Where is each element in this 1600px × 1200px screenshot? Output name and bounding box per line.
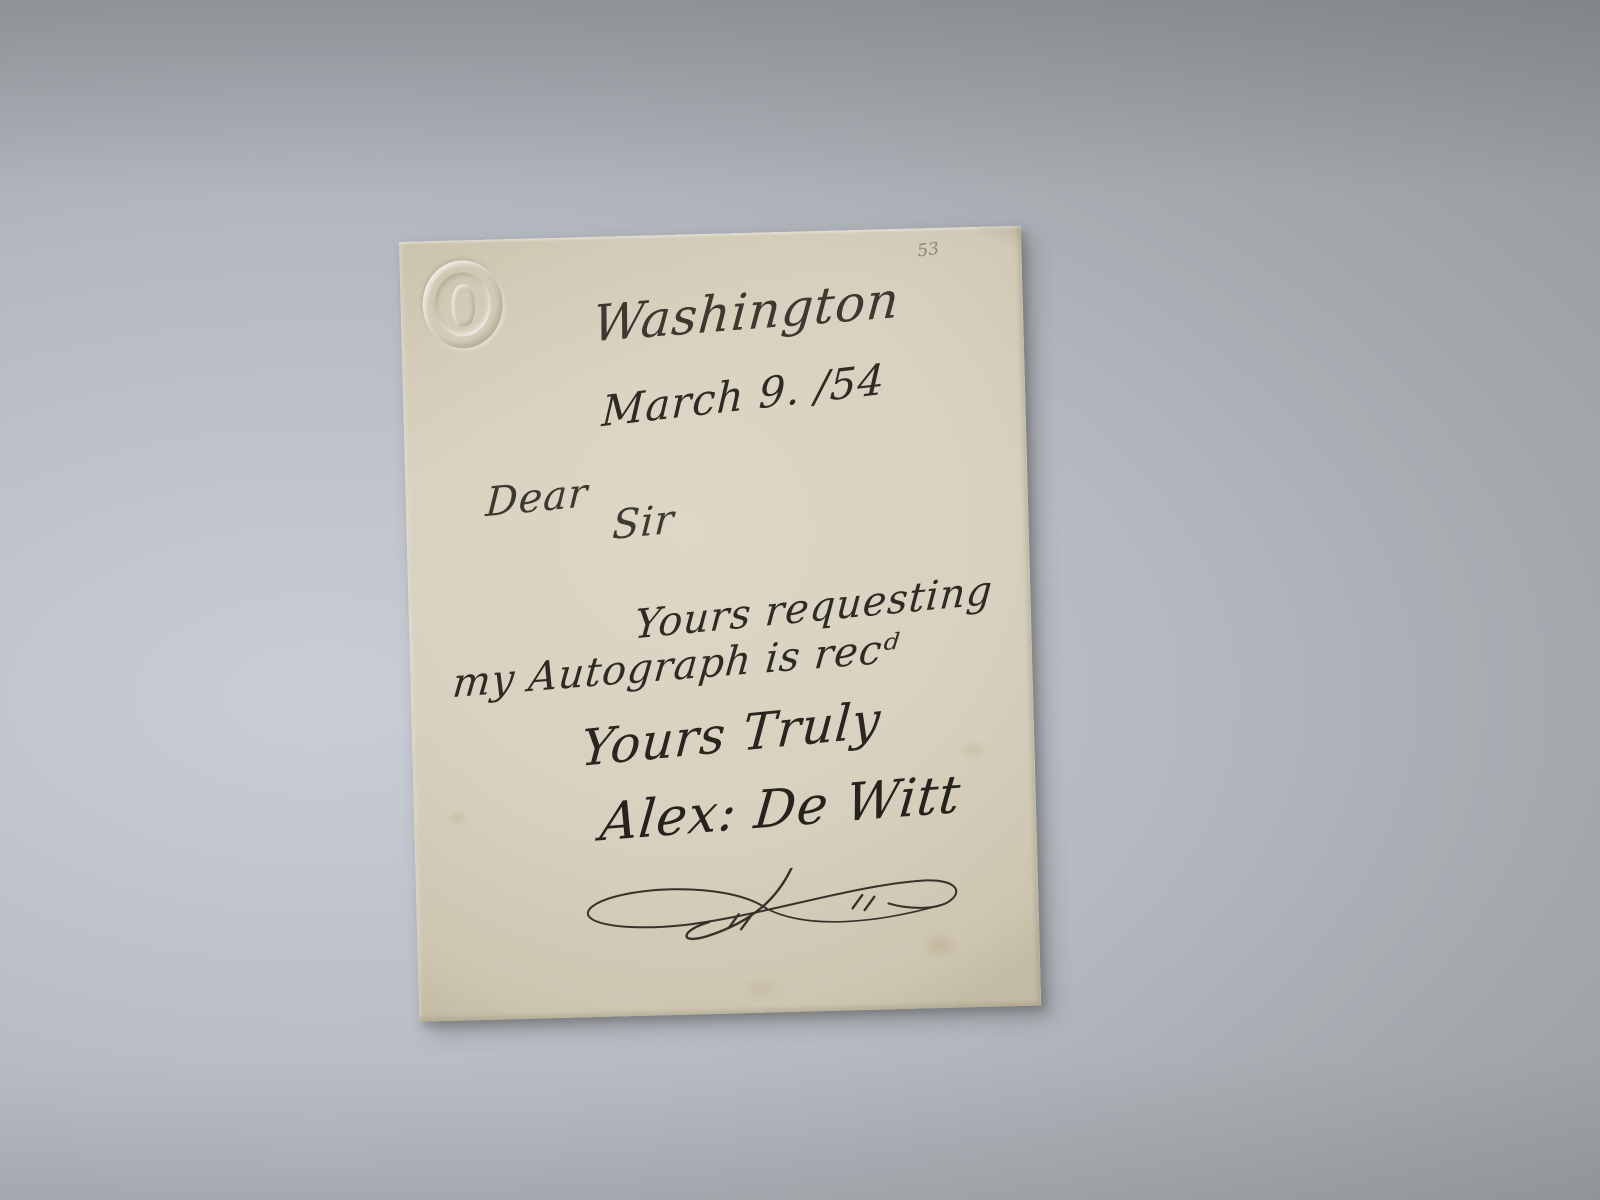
photo-background: 53 Washington March 9. /54 Dear Sir Your…: [0, 0, 1600, 1200]
date-line: March 9. /54: [601, 354, 886, 436]
salutation-word-dear: Dear: [484, 470, 589, 526]
letter-paper: 53 Washington March 9. /54 Dear Sir Your…: [399, 226, 1041, 1022]
closing-line: Yours Truly: [579, 690, 883, 778]
signature-flourish-icon: [556, 863, 978, 954]
page-number-annotation: 53: [916, 239, 940, 262]
salutation-word-sir: Sir: [611, 496, 676, 548]
embossed-seal-icon: [422, 259, 504, 349]
signature: Alex: De Witt: [598, 764, 964, 853]
paper-corner-fold: [975, 226, 1022, 253]
embossed-seal-crest: [451, 284, 475, 327]
place-line: Washington: [591, 271, 902, 354]
